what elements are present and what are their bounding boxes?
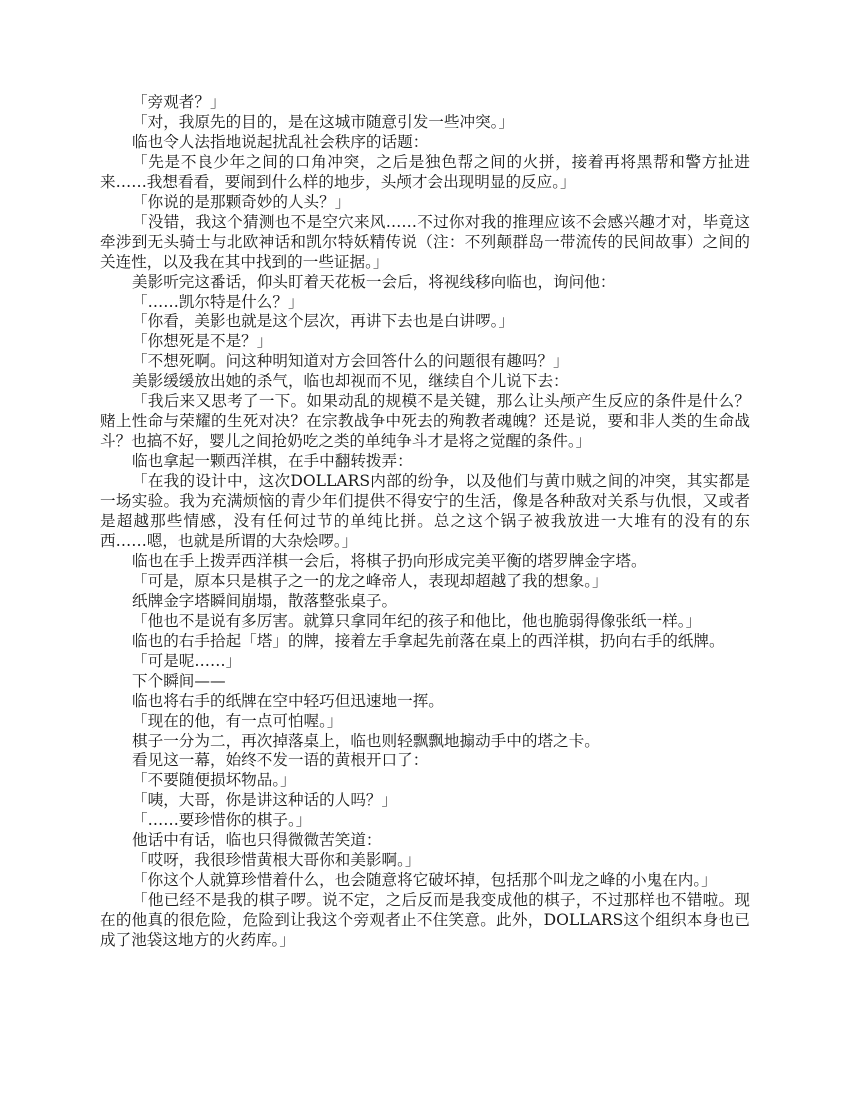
narration-line: 美影缓缓放出她的杀气，临也却视而不见，继续自个儿说下去： <box>100 372 750 392</box>
narration-line: 临也拿起一颗西洋棋，在手中翻转拨弄： <box>100 452 750 472</box>
narration-line: 临也将右手的纸牌在空中轻巧但迅速地一挥。 <box>100 692 750 712</box>
dialogue-line: 「不想死啊。问这种明知道对方会回答什么的问题很有趣吗？」 <box>100 352 750 372</box>
dialogue-line: 「现在的他，有一点可怕喔。」 <box>100 712 750 732</box>
dialogue-line: 「可是呢……」 <box>100 652 750 672</box>
narration-line: 临也的右手拾起「塔」的牌，接着左手拿起先前落在桌上的西洋棋，扔向右手的纸牌。 <box>100 632 750 652</box>
dialogue-line: 「他已经不是我的棋子啰。说不定，之后反而是我变成他的棋子，不过那样也不错啦。现在… <box>100 891 750 951</box>
narration-line: 纸牌金字塔瞬间崩塌，散落整张桌子。 <box>100 592 750 612</box>
dialogue-line: 「咦，大哥，你是讲这种话的人吗？」 <box>100 791 750 811</box>
dialogue-line: 「对，我原先的目的，是在这城市随意引发一些冲突。」 <box>100 113 750 133</box>
dialogue-line: 「他也不是说有多厉害。就算只拿同年纪的孩子和他比，他也脆弱得像张纸一样。」 <box>100 612 750 632</box>
dialogue-line: 「你想死是不是？」 <box>100 332 750 352</box>
narration-line: 美影听完这番话，仰头盯着天花板一会后，将视线移向临也，询问他： <box>100 273 750 293</box>
dialogue-line: 「没错，我这个猜测也不是空穴来风……不过你对我的推理应该不会感兴趣才对，毕竟这牵… <box>100 213 750 273</box>
dialogue-line: 「在我的设计中，这次DOLLARS内部的纷争，以及他们与黄巾贼之间的冲突，其实都… <box>100 472 750 552</box>
dialogue-line: 「你看，美影也就是这个层次，再讲下去也是白讲啰。」 <box>100 312 750 332</box>
narration-line: 临也在手上拨弄西洋棋一会后，将棋子扔向形成完美平衡的塔罗牌金字塔。 <box>100 552 750 572</box>
dialogue-line: 「你这个人就算珍惜着什么，也会随意将它破坏掉，包括那个叫龙之峰的小鬼在内。」 <box>100 871 750 891</box>
dialogue-line: 「我后来又思考了一下。如果动乱的规模不是关键，那么让头颅产生反应的条件是什么？赌… <box>100 392 750 452</box>
narration-line: 他话中有话，临也只得微微苦笑道： <box>100 831 750 851</box>
dialogue-line: 「你说的是那颗奇妙的人头？」 <box>100 193 750 213</box>
document-page: 「旁观者？」 「对，我原先的目的，是在这城市随意引发一些冲突。」 临也令人法指地… <box>100 93 750 951</box>
narration-line: 棋子一分为二，再次掉落桌上，临也则轻飘飘地搧动手中的塔之卡。 <box>100 732 750 752</box>
dialogue-line: 「先是不良少年之间的口角冲突，之后是独色帮之间的火拼，接着再将黑帮和警方扯进来…… <box>100 153 750 193</box>
dialogue-line: 「哎呀，我很珍惜黄根大哥你和美影啊。」 <box>100 851 750 871</box>
dialogue-line: 「可是，原本只是棋子之一的龙之峰帝人，表现却超越了我的想象。」 <box>100 572 750 592</box>
dialogue-line: 「旁观者？」 <box>100 93 750 113</box>
dialogue-line: 「……凯尔特是什么？」 <box>100 293 750 313</box>
narration-line: 看见这一幕，始终不发一语的黄根开口了： <box>100 751 750 771</box>
narration-line: 下个瞬间—— <box>100 672 750 692</box>
dialogue-line: 「不要随便损坏物品。」 <box>100 771 750 791</box>
narration-line: 临也令人法指地说起扰乱社会秩序的话题： <box>100 133 750 153</box>
dialogue-line: 「……要珍惜你的棋子。」 <box>100 811 750 831</box>
